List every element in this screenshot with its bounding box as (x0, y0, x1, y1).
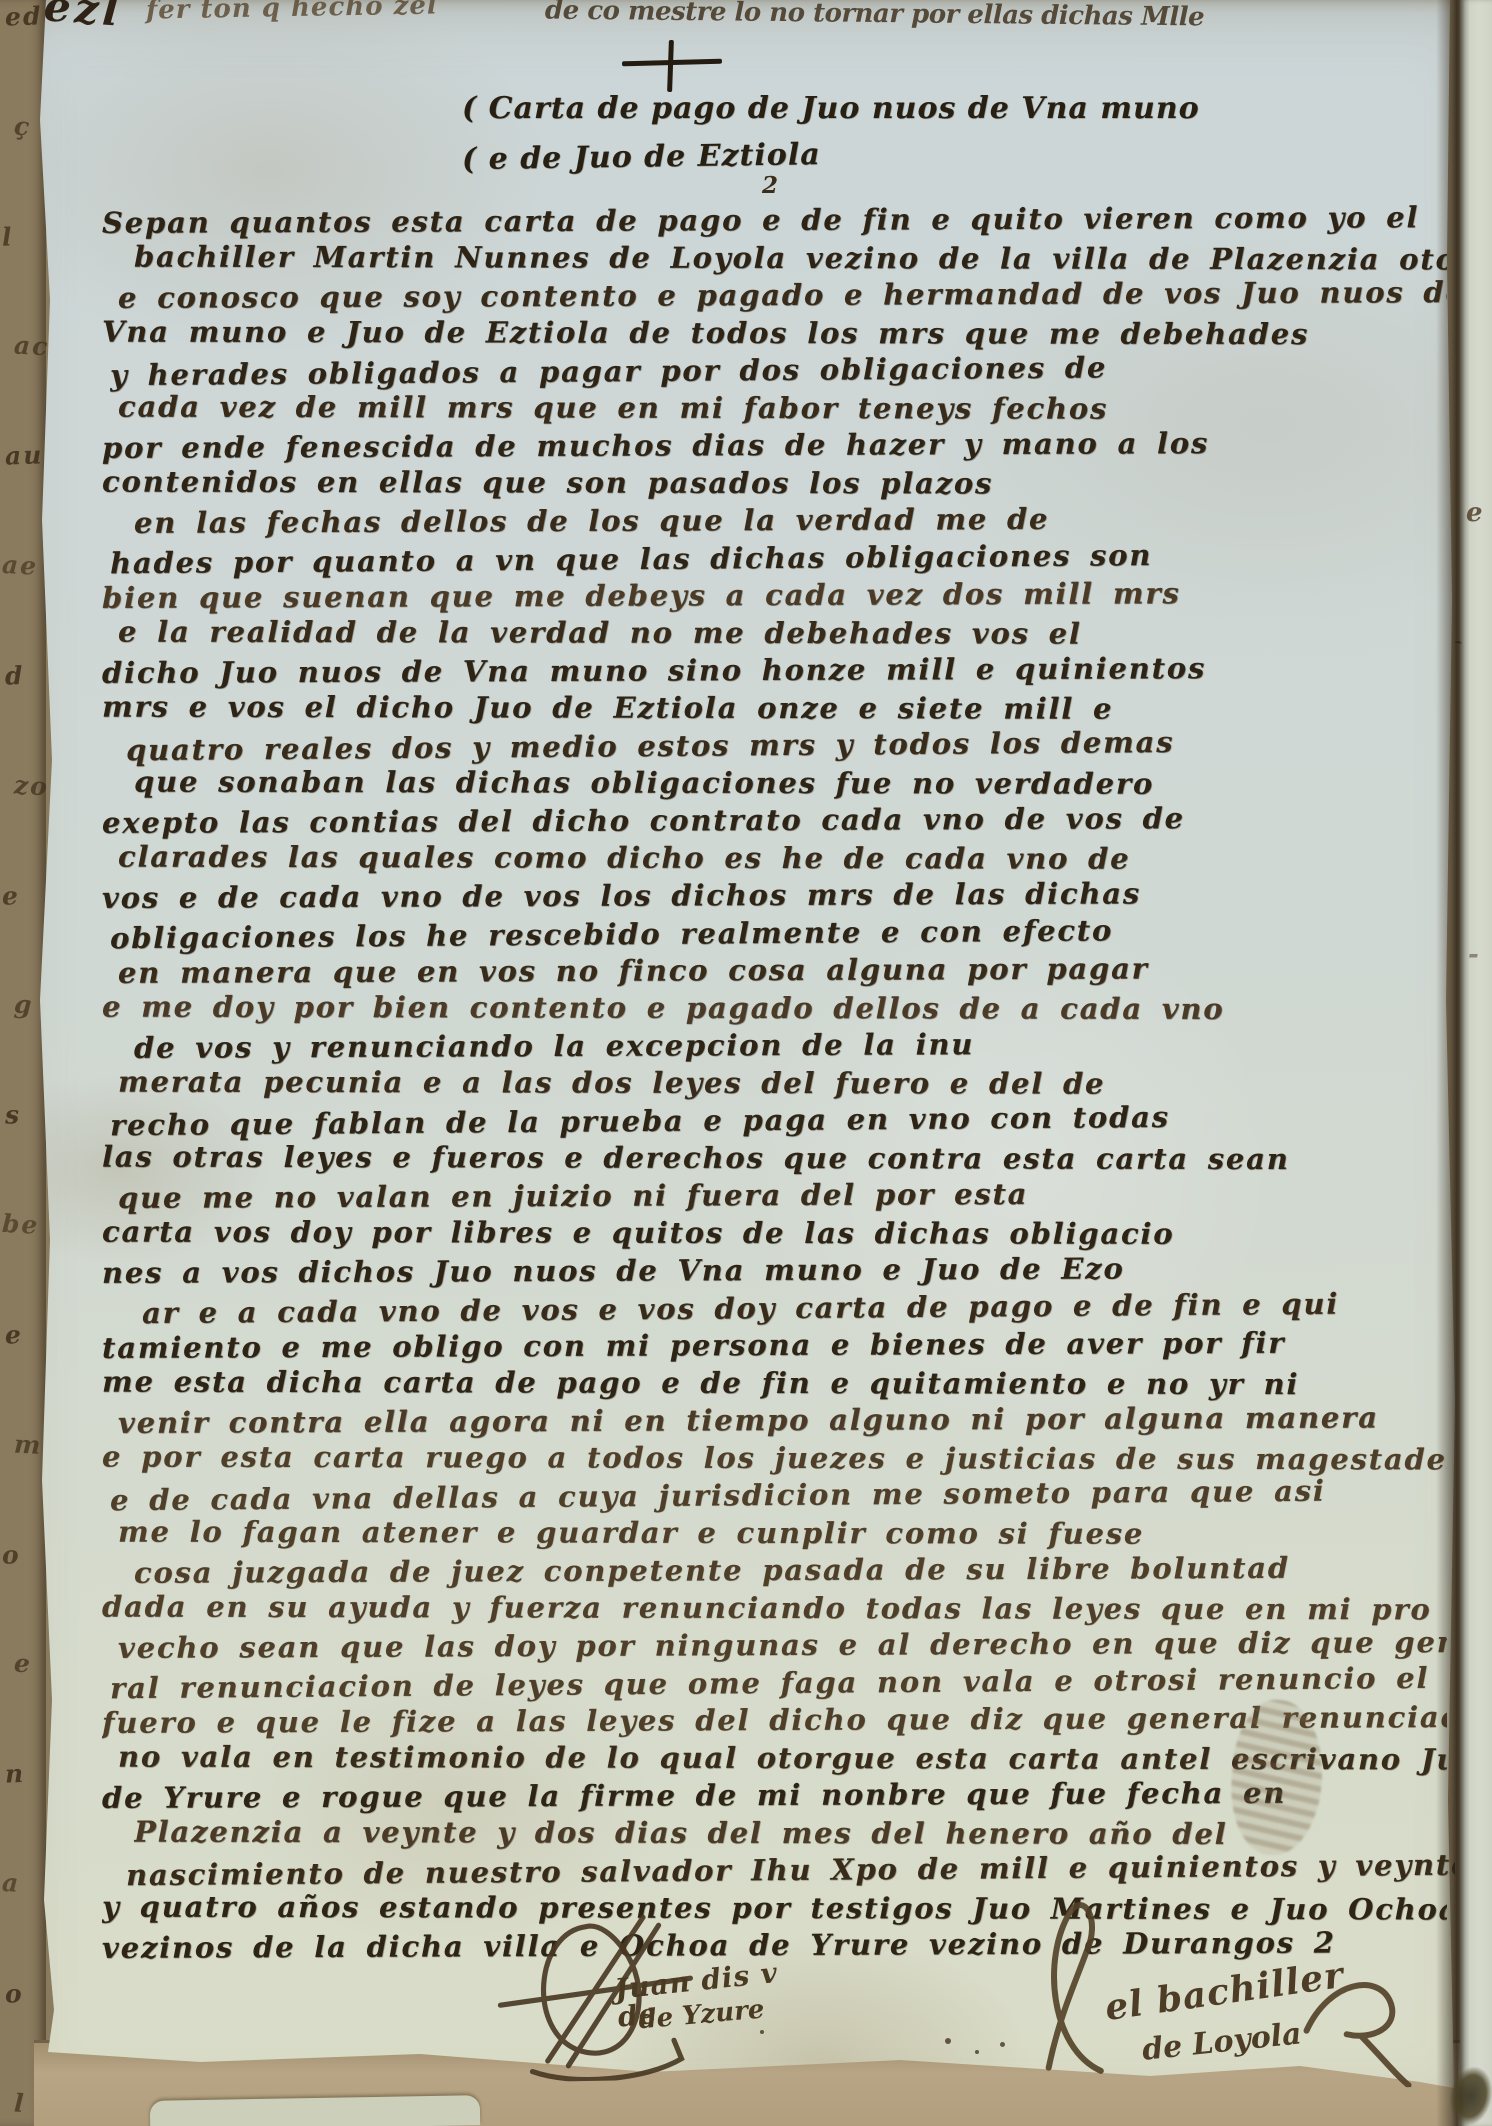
manuscript-line: por ende fenescida de muchos dias de haz… (102, 424, 1447, 467)
manuscript-line: que sonaban las dichas obligaciones fue … (134, 763, 1447, 803)
manuscript-line: carta vos doy por libres e quitos de las… (102, 1213, 1447, 1253)
manuscript-line: venir contra ella agora ni en tiempo alg… (118, 1399, 1447, 1442)
left-signature: Juan dis v de de Yzure (468, 1902, 811, 2098)
manuscript-line: bachiller Martin Nunnes de Loyola vezino… (134, 238, 1447, 278)
manuscript-scan: edçlacauaedzoegsbeemoenaol e ˏ - ezl fer… (0, 0, 1492, 2126)
manuscript-line: las otras leyes e fueros e derechos que … (102, 1138, 1447, 1178)
manuscript-line: tamiento e me obligo con mi persona e bi… (102, 1324, 1447, 1367)
signature-name-line: de Loyola (1141, 2019, 1303, 2066)
manuscript-body: Sepan quantos esta carta de pago e de fi… (102, 202, 1447, 1965)
heading-line: ( e de Juo de Eztiola (462, 127, 1200, 183)
gutter-crease-shadow (1436, 0, 1470, 2126)
cross-vertical-stroke (667, 40, 674, 92)
manuscript-line: e la realidad de la verdad no me debehad… (118, 613, 1447, 653)
manuscript-line: dicho Juo nuos de Vna muno sino honze mi… (102, 649, 1447, 692)
heading-footnote-mark: 2 (762, 174, 778, 197)
manuscript-line: de vos y renunciando la excepcion de la … (134, 1024, 1447, 1067)
manuscript-line: y herades obligados a pagar por dos obli… (110, 347, 1455, 395)
manuscript-line: clarades las quales como dicho es he de … (118, 838, 1447, 878)
manuscript-line: e conosco que soy contento e pagado e he… (118, 274, 1447, 317)
heading-block: ( Carta de pago de Juo nuos de Vna muno … (462, 86, 1200, 178)
heading-line: ( Carta de pago de Juo nuos de Vna muno (462, 86, 1200, 132)
manuscript-line: que me no valan en juizio ni fuera del p… (118, 1174, 1447, 1217)
manuscript-line: e me doy por bien contento e pagado dell… (102, 988, 1447, 1028)
right-signature: el bachiller de Loyola (996, 1871, 1423, 2106)
manuscript-line: dada en su ayuda y fuerza renunciando to… (102, 1588, 1447, 1628)
manuscript-line: cada vez de mill mrs que en mi fabor ten… (118, 388, 1447, 428)
top-cut-line-right: de co mestre lo no tornar por ellas dich… (545, 0, 1204, 32)
manuscript-line: en manera que en vos no finco cosa algun… (118, 949, 1447, 992)
signature-paraph-icon (1299, 1967, 1413, 2091)
ink-layer: ezl fer ton q hecho zel de co mestre lo … (0, 0, 1492, 2126)
manuscript-line: quatro reales dos y medio estos mrs y to… (126, 722, 1455, 770)
manuscript-line: bien que suenan que me debeys a cada vez… (102, 574, 1447, 617)
top-corner-fragment: ezl (43, 0, 124, 33)
manuscript-line: me lo fagan atener e guardar e cunplir c… (118, 1513, 1447, 1553)
manuscript-line: Sepan quantos esta carta de pago e de fi… (102, 199, 1447, 242)
manuscript-line: recho que fablan de la prueba e paga en … (110, 1097, 1455, 1145)
top-cut-line-left: fer ton q hecho zel (146, 0, 438, 25)
manuscript-line: contenidos en ellas que son pasados los … (102, 463, 1447, 503)
manuscript-line: e de cada vna dellas a cuya jurisdicion … (110, 1472, 1455, 1520)
manuscript-line: exepto las contias del dicho contrato ca… (102, 799, 1447, 842)
manuscript-line: me esta dicha carta de pago e de fin e q… (102, 1363, 1447, 1403)
manuscript-line: cosa juzgada de juez conpetente pasada d… (134, 1549, 1447, 1592)
